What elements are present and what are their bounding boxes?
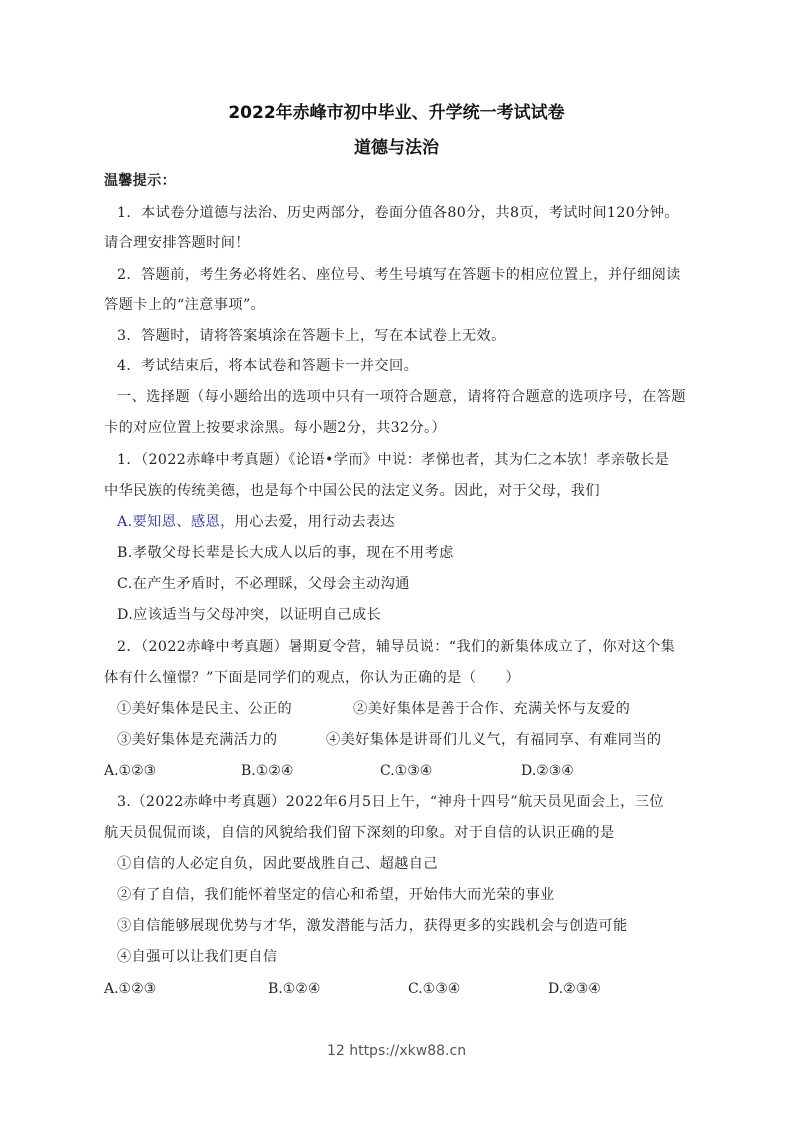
exam-page: 2022年赤峰市初中毕业、升学统一考试试卷 道德与法治 温馨提示： 1．本试卷分… — [0, 0, 793, 1122]
question-3-line1: 3.（2022赤峰中考真题）2022年6月5日上午，“神舟十四号”航天员见面会上… — [117, 792, 664, 812]
question-3-choice-d: D.②③④ — [548, 979, 601, 999]
question-2-line2: 体有什么憧憬？”下面是同学们的观点，你认为正确的是（ ） — [104, 668, 520, 688]
question-1-option-b: B.孝敬父母长辈是长大成人以后的事，现在不用考虑 — [117, 543, 454, 563]
question-3-choice-b: B.①②④ — [268, 979, 320, 999]
notice-heading: 温馨提示： — [104, 171, 176, 191]
notice-item-4: 4．考试结束后，将本试卷和答题卡一并交回。 — [117, 356, 418, 376]
notice-item-3: 3．答题时，请将答案填涂在答题卡上，写在本试卷上无效。 — [117, 326, 506, 346]
question-2-choice-b: B.①②④ — [241, 761, 293, 781]
question-3-choice-a: A.①②③ — [104, 979, 156, 999]
question-1-option-a-text: 用心去爱，用行动去表达 — [235, 514, 395, 530]
section-heading-line2: 卡的对应位置上按要求涂黑。每小题2分，共32分。） — [104, 418, 446, 438]
question-2-line1: 2．（2022赤峰中考真题）暑期夏令营，辅导员说：“我们的新集体成立了，你对这个… — [117, 637, 675, 657]
question-3-choice-c: C.①③④ — [408, 979, 460, 999]
question-2-statement-3: ③美好集体是充满活力的 — [117, 730, 277, 750]
question-3-statement-1: ①自信的人必定自负，因此要战胜自己、超越自己 — [117, 854, 438, 874]
exam-title: 2022年赤峰市初中毕业、升学统一考试试卷 — [0, 98, 793, 123]
notice-item-1-line2: 请合理安排答题时间！ — [104, 233, 250, 253]
question-1-line2: 中华民族的传统美德，也是每个中国公民的法定义务。因此，对于父母，我们 — [104, 481, 600, 501]
section-heading-line1: 一、选择题（每小题给出的选项中只有一项符合题意，请将符合题意的选项序号，在答题 — [117, 387, 686, 407]
question-3-statement-3: ③自信能够展现优势与才华，激发潜能与活力，获得更多的实践机会与创造可能 — [117, 916, 628, 936]
question-2-statement-2: ②美好集体是善于合作、充满关怀与友爱的 — [353, 699, 630, 719]
notice-item-2-line1: 2．答题前，考生务必将姓名、座位号、考生号填写在答题卡的相应位置上，并仔细阅读 — [117, 265, 681, 285]
question-2-statement-4: ④美好集体是讲哥们儿义气，有福同享、有难同当的 — [326, 730, 662, 750]
question-1-option-a-highlight: A.要知恩、感恩， — [117, 514, 235, 530]
page-footer: 12 https://xkw88.cn — [0, 1043, 793, 1059]
exam-subject: 道德与法治 — [0, 133, 793, 158]
notice-item-1-line1: 1．本试卷分道德与法治、历史两部分，卷面分值各80分，共8页，考试时间120分钟… — [117, 203, 679, 223]
question-3-statement-2: ②有了自信，我们能怀着坚定的信心和希望，开始伟大而光荣的事业 — [117, 885, 555, 905]
question-1-option-a: A.要知恩、感恩，用心去爱，用行动去表达 — [117, 512, 395, 532]
question-2-statement-1: ①美好集体是民主、公正的 — [117, 699, 292, 719]
question-1-option-d: D.应该适当与父母冲突，以证明自己成长 — [117, 605, 381, 625]
question-2-choice-a: A.①②③ — [104, 761, 156, 781]
question-3-statement-4: ④自强可以让我们更自信 — [117, 947, 277, 967]
question-3-line2: 航天员侃侃而谈，自信的风貌给我们留下深刻的印象。对于自信的认识正确的是 — [104, 823, 615, 843]
question-1-line1: 1．（2022赤峰中考真题）《论语•学而》中说：孝悌也者，其为仁之本欤！孝亲敬长… — [117, 450, 669, 470]
question-2-choice-d: D.②③④ — [521, 761, 574, 781]
notice-item-2-line2: 答题卡上的“注意事项”。 — [104, 295, 265, 315]
question-2-choice-c: C.①③④ — [380, 761, 432, 781]
question-1-option-c: C.在产生矛盾时，不必理睬，父母会主动沟通 — [117, 574, 410, 594]
